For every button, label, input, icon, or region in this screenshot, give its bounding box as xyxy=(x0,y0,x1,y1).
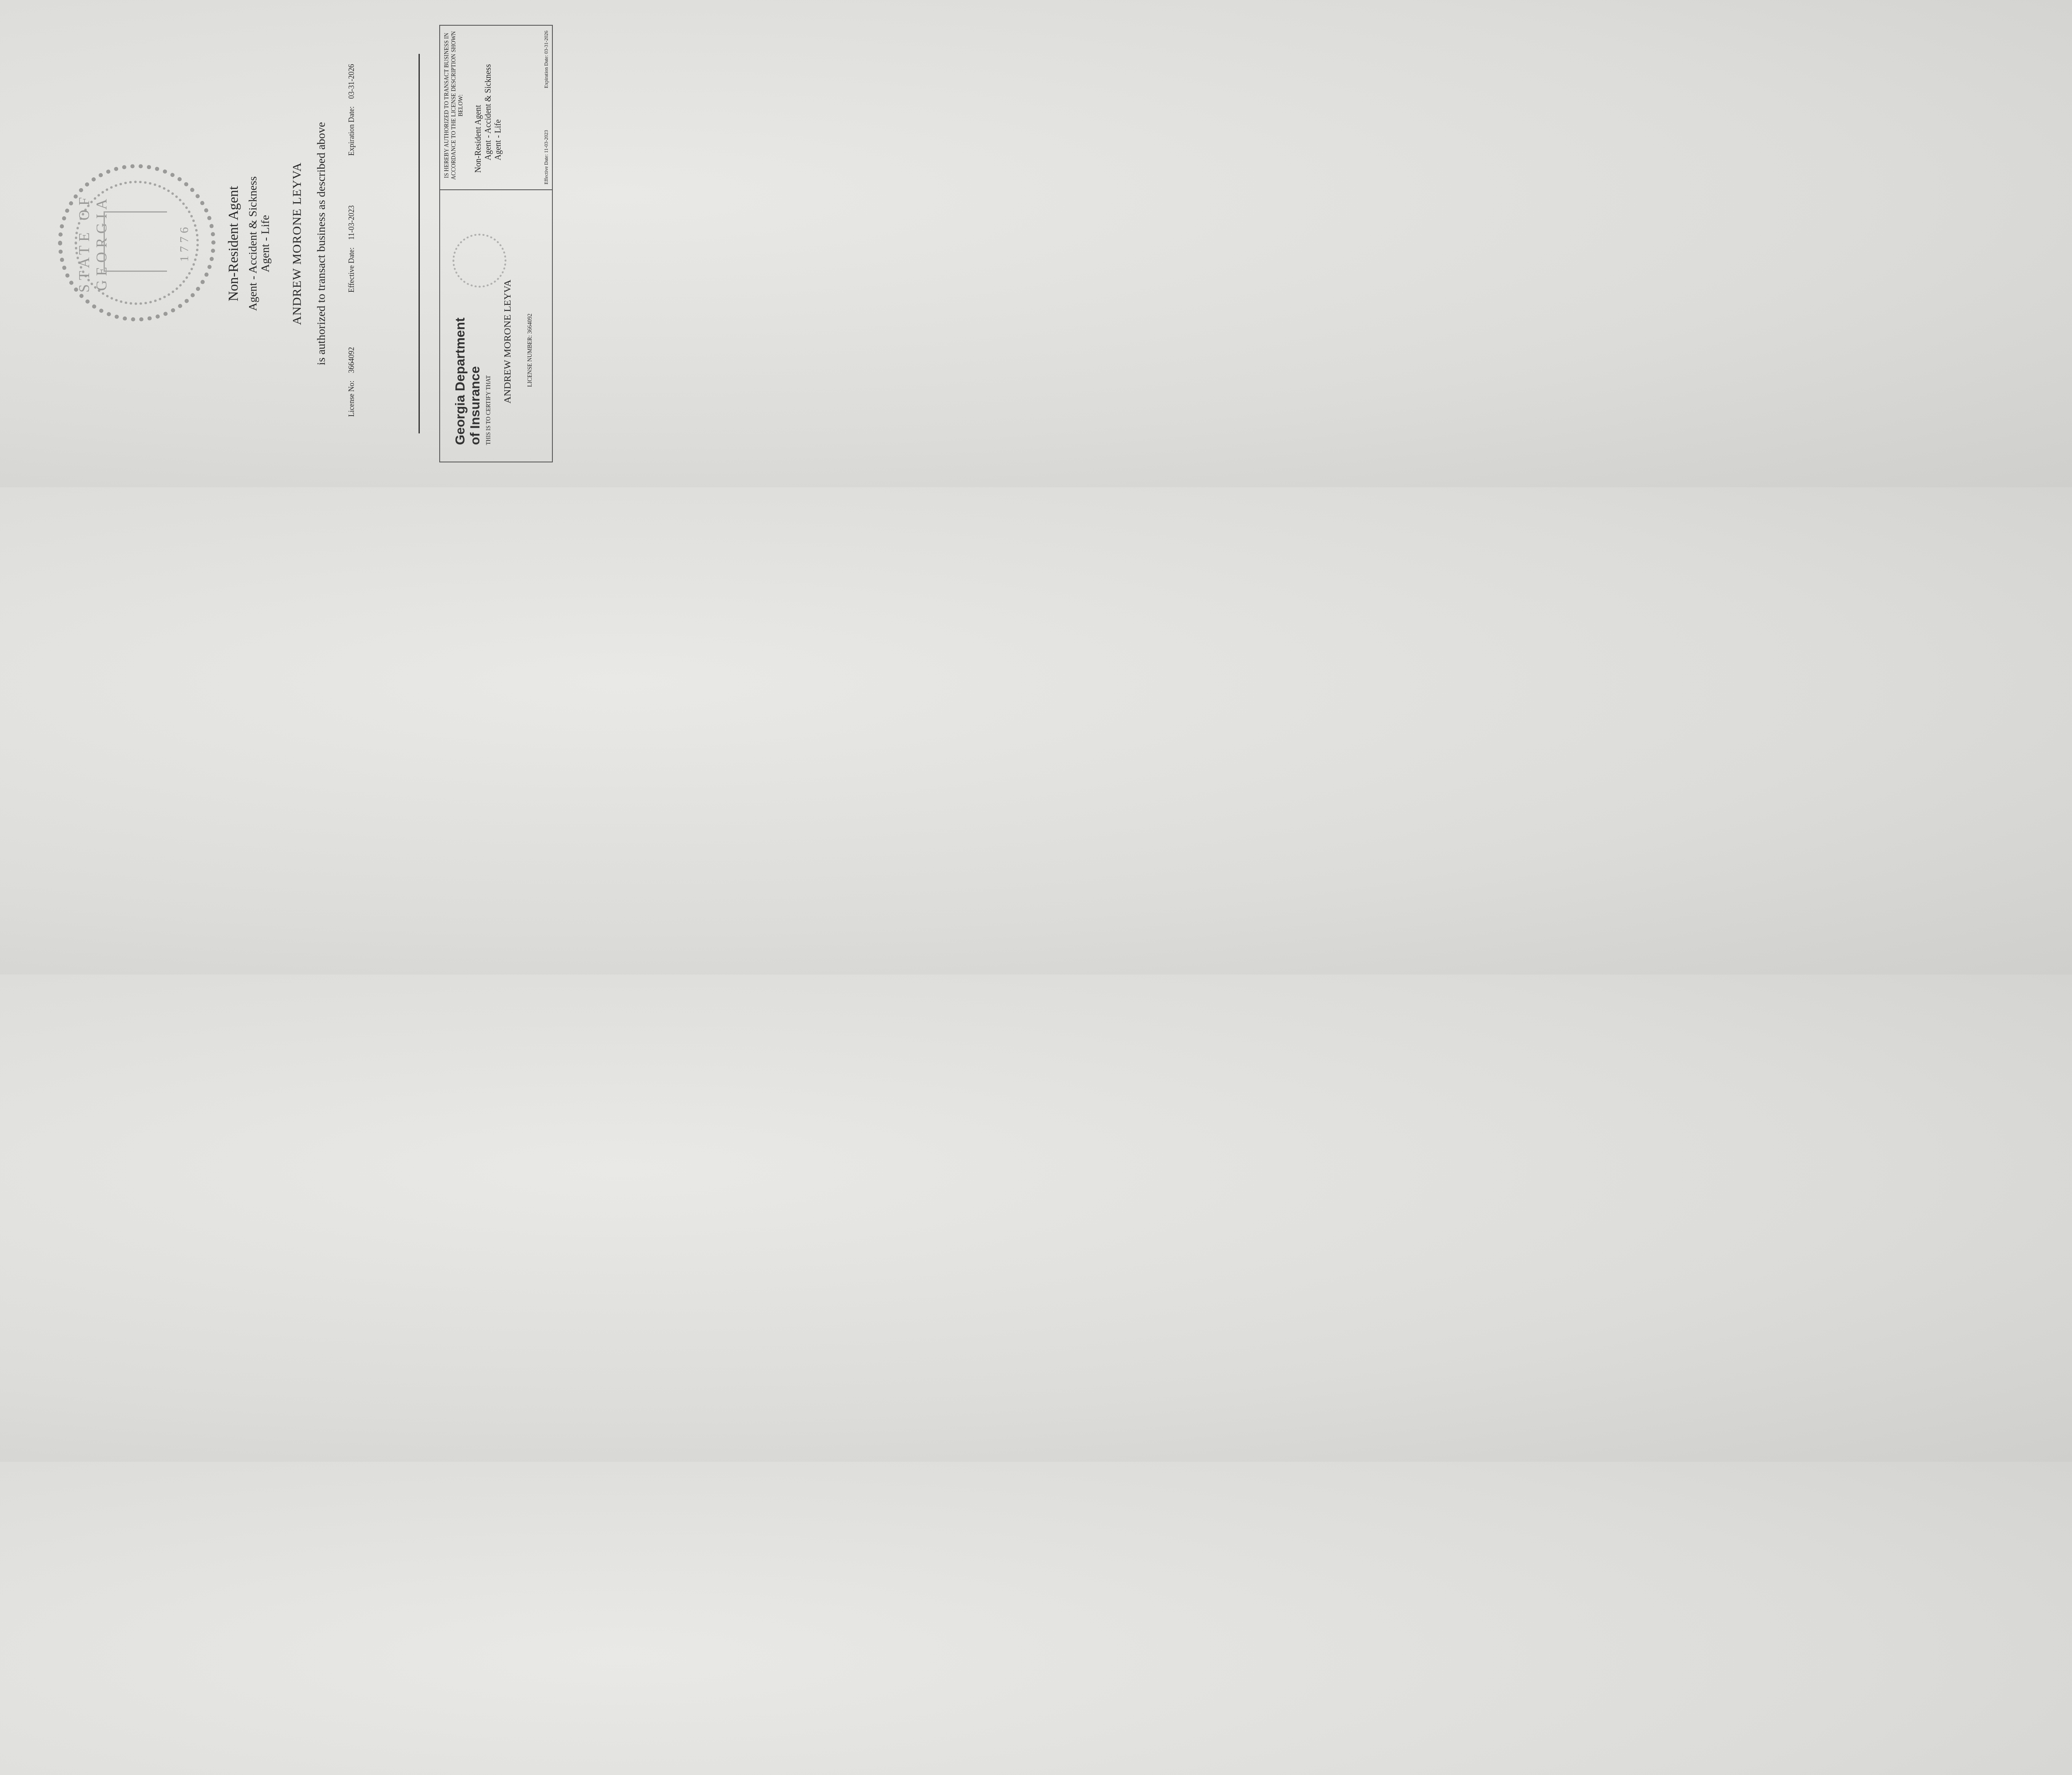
license-no-value: 3664092 xyxy=(347,347,356,373)
card-license-line: Agent - Life xyxy=(493,64,503,173)
license-title: Non-Resident Agent xyxy=(226,0,242,487)
effective-value: 11-03-2023 xyxy=(347,206,356,240)
holder-name: ANDREW MORONE LEYVA xyxy=(290,0,304,487)
card-license-line: Agent - Accident & Sickness xyxy=(483,64,493,173)
expiration-date-row: Expiration Date: 03-31-2026 xyxy=(347,57,356,156)
expiration-value: 03-31-2026 xyxy=(347,64,356,99)
card-effective-date: Effective Date: 11-03-2023 xyxy=(543,130,549,184)
department-line-2: of Insurance xyxy=(467,317,482,445)
expiration-label: Expiration Date: xyxy=(347,106,356,156)
card-license-line: Non-Resident Agent xyxy=(473,64,483,173)
wallet-card-right: IS HEREBY AUTHORIZED TO TRANSACT BUSINES… xyxy=(440,26,552,189)
qualification-2: Agent - Life xyxy=(259,0,272,487)
mini-seal-icon xyxy=(453,234,506,288)
effective-label: Effective Date: xyxy=(347,247,356,293)
certify-text: THIS IS TO CERTIFY THAT xyxy=(486,375,492,445)
effective-date-row: Effective Date: 11-03-2023 xyxy=(347,198,356,293)
department-name: Georgia Department of Insurance xyxy=(453,317,482,445)
seal-year: 1776 xyxy=(177,168,191,317)
hereby-text: IS HEREBY AUTHORIZED TO TRANSACT BUSINES… xyxy=(443,30,465,181)
state-of-georgia-seal-icon: STATE OF GEORGIA 1776 xyxy=(58,164,215,322)
card-holder-name: ANDREW MORONE LEYVA xyxy=(502,280,513,404)
license-no-label: License No: xyxy=(347,381,356,417)
department-line-1: Georgia Department xyxy=(453,317,467,445)
license-certificate-page: STATE OF GEORGIA 1776 Non-Resident Agent… xyxy=(0,0,650,487)
card-license-number: LICENSE NUMBER: 3664092 xyxy=(527,314,534,387)
card-expiration-date: Expiration Date: 03-31-2026 xyxy=(543,31,549,88)
authorization-text: is authorized to transact business as de… xyxy=(315,0,328,487)
qualification-1: Agent - Accident & Sickness xyxy=(247,0,260,487)
cut-line-divider xyxy=(419,54,420,433)
license-number-row: License No: 3664092 xyxy=(347,340,356,417)
card-license-lines: Non-Resident Agent Agent - Accident & Si… xyxy=(473,64,503,173)
wallet-card: Georgia Department of Insurance THIS IS … xyxy=(439,25,553,462)
wallet-card-left: Georgia Department of Insurance THIS IS … xyxy=(440,189,552,462)
